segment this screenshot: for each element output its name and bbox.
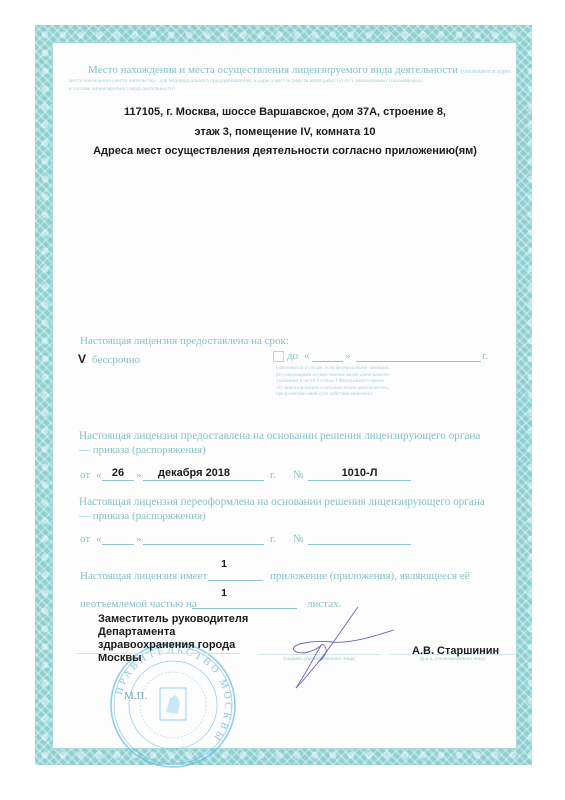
until-quote-open: « — [304, 350, 310, 362]
indefinite-label: бессрочно — [92, 354, 140, 366]
checkbox-unchecked-icon — [273, 351, 284, 362]
appendix-count-line — [208, 580, 263, 581]
term-note: (заполняется в случае, если федеральными… — [276, 366, 436, 399]
seal-place-label: М.П. — [124, 690, 147, 702]
name-caption: (ф.и.о. уполномоченного лица) — [390, 655, 515, 665]
grant-day: 26 — [102, 467, 134, 479]
grant-day-line — [102, 480, 134, 481]
appendix-line-1-suffix: приложение (приложения), являющееся её — [270, 570, 470, 582]
location-heading: Место нахождения и места осуществления л… — [88, 64, 458, 76]
signer-position-line: Заместитель руководителя — [98, 613, 248, 626]
reissue-quote-open: « — [96, 533, 102, 545]
until-label: до — [287, 350, 298, 362]
grant-number-line — [308, 480, 411, 481]
signer-position-line: Департамента — [98, 626, 248, 639]
signer-position-line: здравоохранения города — [98, 639, 248, 652]
reissue-quote-close: » — [136, 533, 142, 545]
reissue-number-field — [308, 544, 411, 545]
address-line-1: 117105, г. Москва, шоссе Варшавское, дом… — [60, 106, 510, 118]
term-heading: Настоящая лицензия предоставлена на срок… — [80, 335, 289, 347]
reissue-number-label: № — [293, 533, 304, 545]
reissue-from-label: от — [80, 533, 90, 545]
grant-month-year-line — [143, 480, 264, 481]
appendix-count: 1 — [204, 558, 244, 570]
location-note-line-2: места нахождения (место жительства - для… — [69, 78, 519, 85]
grant-quote-open: « — [96, 469, 102, 481]
appendix-line-1-prefix: Настоящая лицензия имеет — [80, 570, 207, 582]
until-quote-close: » — [345, 350, 351, 362]
location-note-line-3: в составе лицензируемого вида деятельнос… — [69, 86, 519, 93]
location-heading-note: (указываются адрес — [461, 69, 512, 75]
checkbox-checked-mark: V — [78, 352, 86, 366]
position-underline — [75, 653, 240, 654]
grant-month-year: декабря 2018 — [158, 467, 230, 479]
reissue-heading-line-2: — приказа (распоряжения) — [79, 510, 206, 522]
grant-order-number: 1010-Л — [308, 467, 411, 479]
grant-heading-line-1: Настоящая лицензия предоставлена на осно… — [79, 430, 480, 442]
term-note-line: предусмотрен иной срок действия лицензии… — [276, 392, 436, 399]
location-heading-row: Место нахождения и места осуществления л… — [88, 64, 518, 76]
reissue-month-year-field — [143, 544, 264, 545]
sheet-count-line — [192, 608, 297, 609]
until-year-suffix: г. — [482, 350, 488, 362]
grant-year-suffix: г. — [270, 469, 276, 481]
grant-quote-close: » — [136, 469, 142, 481]
address-line-2: этаж 3, помещение IV, комната 10 — [60, 126, 510, 138]
handwritten-signature — [290, 600, 400, 695]
appendix-line-2-prefix: неотъемлемой частью на — [80, 598, 197, 610]
signer-position: Заместитель руководителя Департамента зд… — [98, 613, 248, 665]
grant-from-label: от — [80, 469, 90, 481]
term-indefinite-option: V бессрочно — [78, 350, 140, 368]
until-month-year-field — [356, 361, 481, 362]
reissue-day-field — [102, 544, 134, 545]
until-day-field — [312, 361, 343, 362]
grant-number-label: № — [293, 469, 304, 481]
address-line-3: Адреса мест осуществления деятельности с… — [60, 145, 510, 157]
grant-heading-line-2: — приказа (распоряжения) — [79, 444, 206, 456]
reissue-heading-line-1: Настоящая лицензия переоформлена на осно… — [79, 496, 485, 508]
reissue-year-suffix: г. — [270, 533, 276, 545]
sheet-count: 1 — [204, 587, 244, 599]
